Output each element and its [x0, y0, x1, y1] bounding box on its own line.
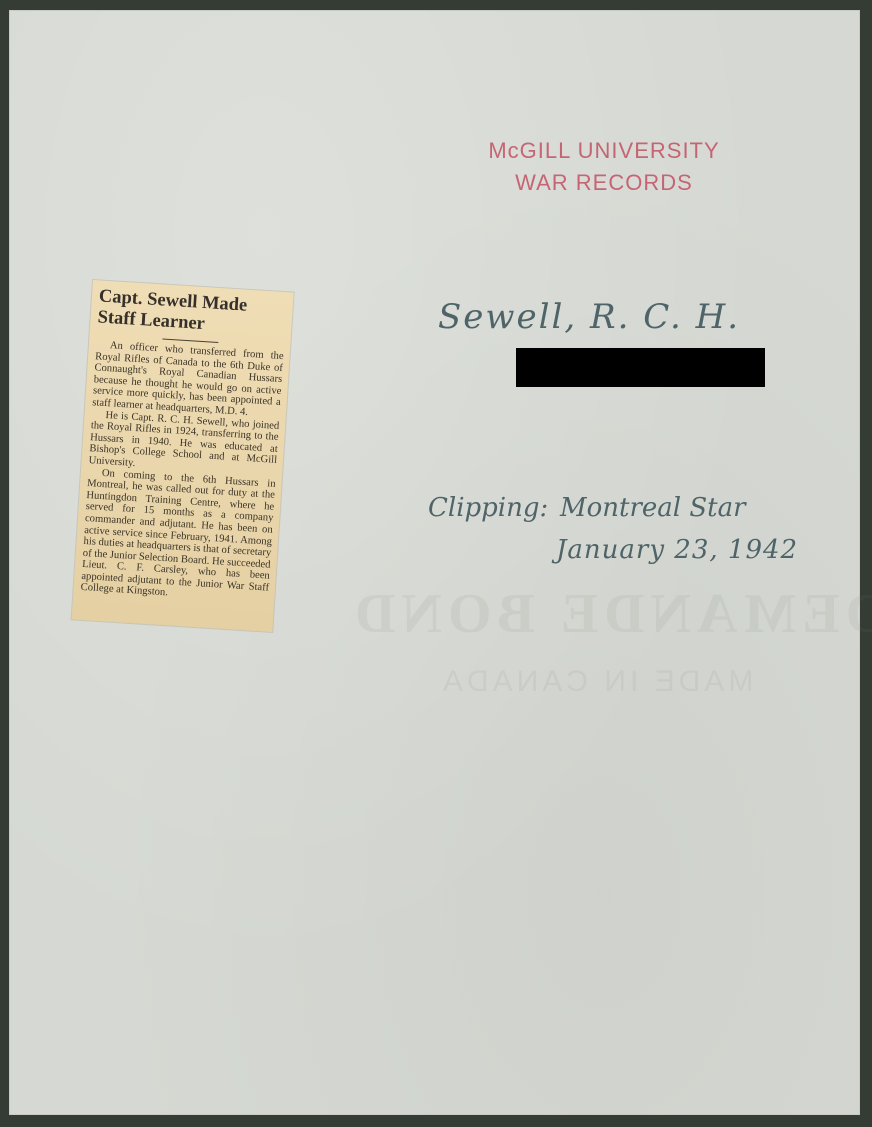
newspaper-clipping: Capt. Sewell Made Staff Learner An offic… [72, 280, 294, 632]
bleed-through-text: MADE IN CANADA [439, 665, 753, 699]
handwritten-source: Montreal Star [560, 493, 746, 523]
clipping-divider [162, 338, 218, 343]
clipping-headline: Capt. Sewell Made Staff Learner [97, 286, 287, 340]
stamp-line-university: McGILL UNIVERSITY [449, 135, 759, 167]
handwritten-source-label: Clipping: [428, 493, 548, 523]
handwritten-name: Sewell, R. C. H. [438, 297, 740, 337]
redaction-bar [516, 348, 765, 387]
clipping-paragraph: An officer who transferred from the Roya… [92, 339, 284, 420]
stamp-line-records: WAR RECORDS [449, 167, 759, 199]
war-records-stamp: McGILL UNIVERSITY WAR RECORDS [449, 135, 759, 199]
handwritten-date: January 23, 1942 [556, 535, 798, 565]
bleed-through-text: DEMANDE BOND [349, 582, 872, 646]
clipping-paragraph: On coming to the 6th Hussars in Montreal… [80, 467, 276, 606]
clipping-body: An officer who transferred from the Roya… [80, 339, 284, 605]
